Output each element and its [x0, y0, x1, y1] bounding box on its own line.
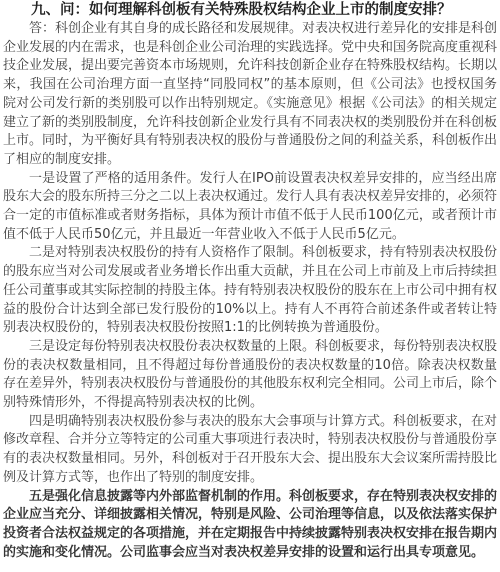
- point-5-paragraph: 五是强化信息披露等内外部监督机制的作用。科创板要求，存在特别表决权安排的企业应当…: [3, 488, 497, 563]
- question-title: 九、问：如何理解科创板有关特殊股权结构企业上市的制度安排？: [3, 1, 497, 20]
- point-1-paragraph: 一是设置了严格的适用条件。发行人在IPO前设置表决权差异安排的，应当经出席股东大…: [3, 170, 497, 245]
- article-page: 九、问：如何理解科创板有关特殊股权结构企业上市的制度安排？ 答：科创企业有其自身…: [0, 0, 500, 562]
- answer-intro-paragraph: 答：科创企业有其自身的成长路径和发展规律。对表决权进行差异化的安排是科创企业发展…: [3, 20, 497, 170]
- point-2-paragraph: 二是对特别表决权股份的持有人资格作了限制。科创板要求，持有特别表决权股份的股东应…: [3, 244, 497, 338]
- point-3-paragraph: 三是设定每份特别表决权股份表决权数量的上限。科创板要求，每份特别表决权股份的表决…: [3, 338, 497, 413]
- point-4-paragraph: 四是明确特别表决权股份参与表决的股东大会事项与计算方式。科创板要求，在对修改章程…: [3, 413, 497, 488]
